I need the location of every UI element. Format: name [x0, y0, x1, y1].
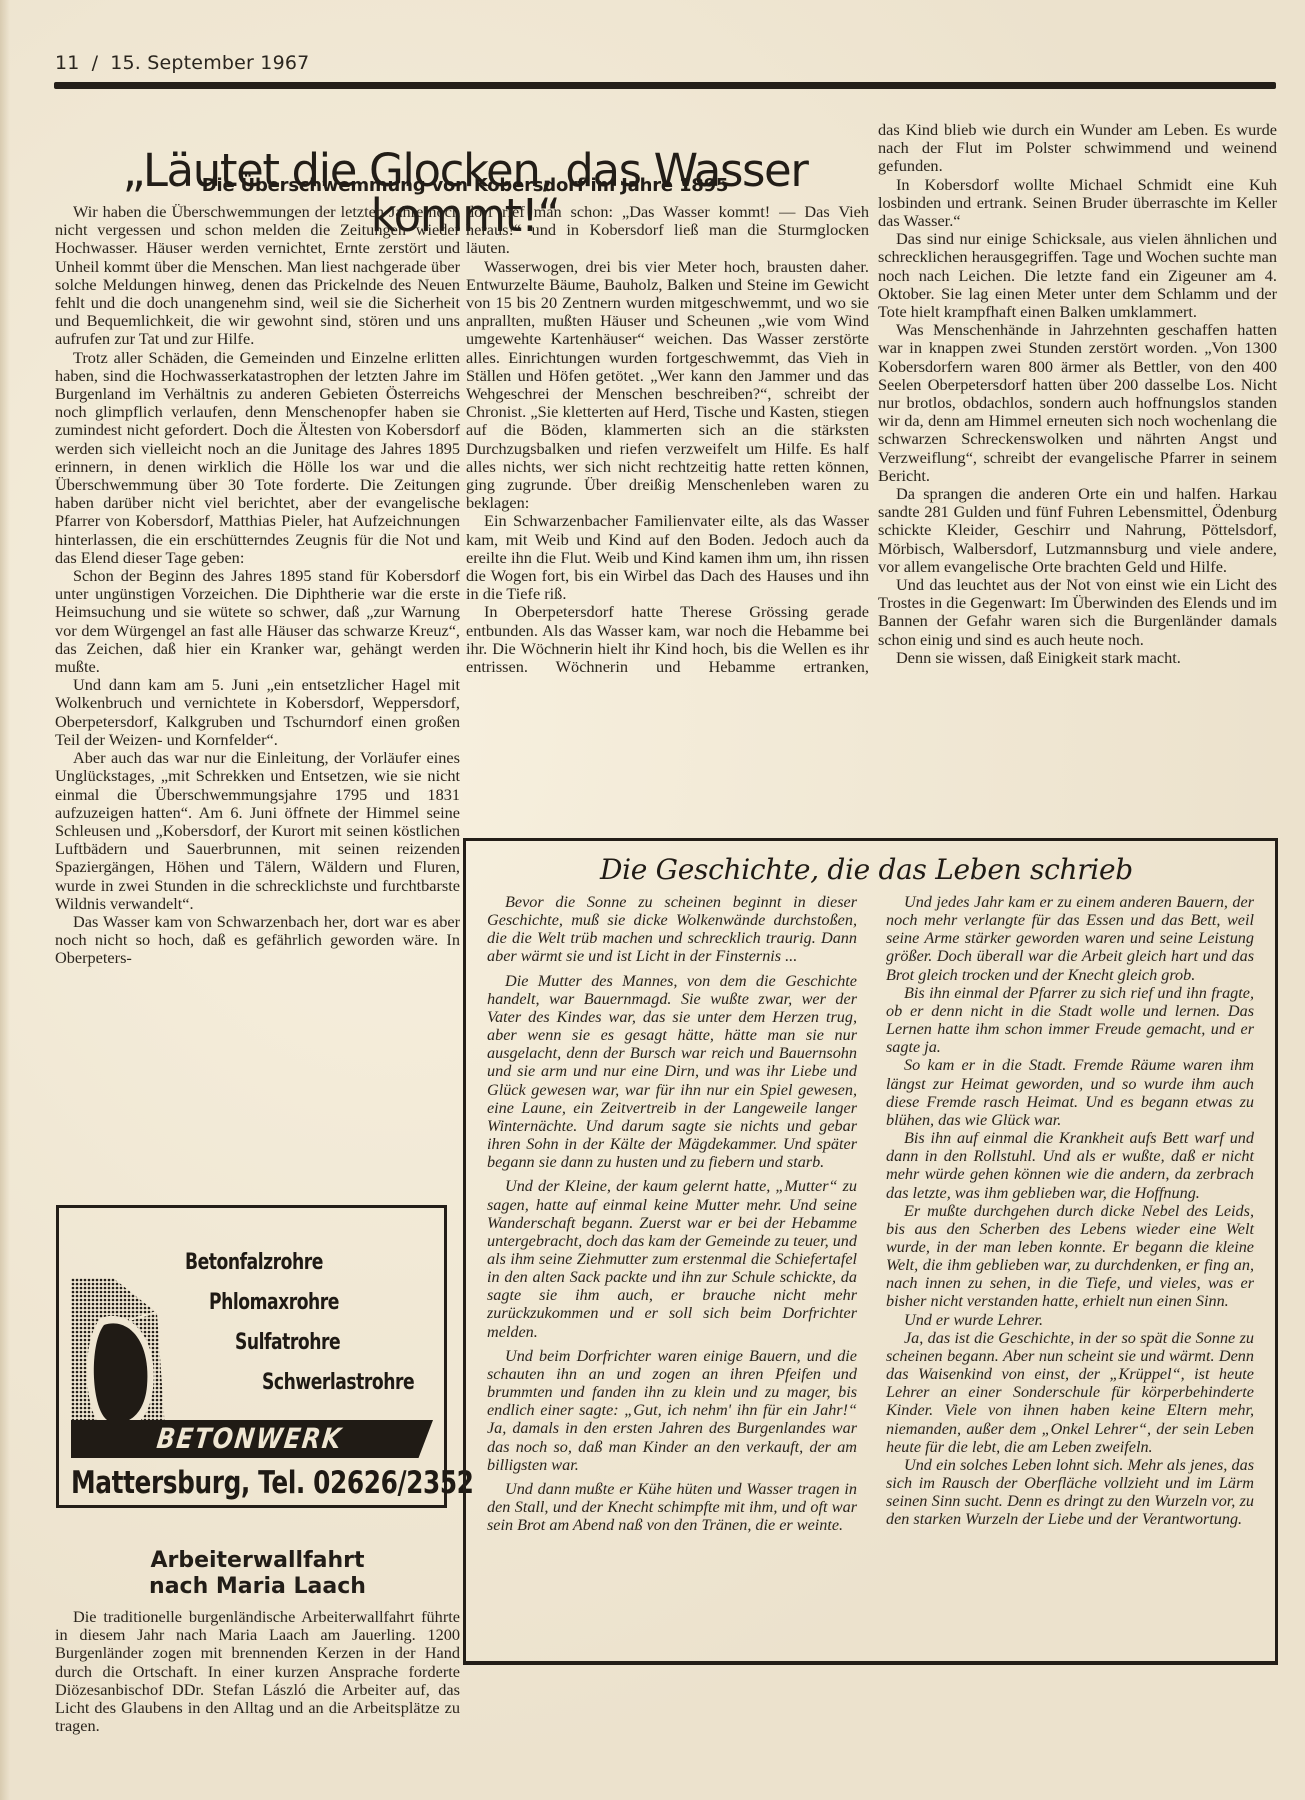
ad-product: Betonfalzrohre — [185, 1250, 323, 1275]
paragraph: Denn sie wissen, daß Einigkeit stark mac… — [878, 649, 1277, 667]
paragraph: Aber auch das war nur die Einleitung, de… — [55, 749, 460, 913]
paragraph: Und er wurde Lehrer. — [886, 1311, 1254, 1329]
paragraph: Und dann mußte er Kühe hüten und Wasser … — [487, 1480, 857, 1534]
paragraph: Die traditionelle burgenländische Arbeit… — [55, 1608, 460, 1735]
paragraph: Wir haben die Überschwemmungen der letzt… — [55, 203, 460, 349]
paragraph: Das Wasser kam von Schwarzenbach her, do… — [55, 913, 460, 968]
header-rule — [54, 82, 1276, 89]
paragraph: Was Menschenhände in Jahrzehnten geschaf… — [878, 321, 1277, 485]
paragraph: dorf rief man schon: „Das Wasser kommt! … — [466, 203, 869, 258]
paragraph: Schon der Beginn des Jahres 1895 stand f… — [55, 567, 460, 676]
ad-contact: Mattersburg, Tel. 02626/2352 — [71, 1465, 474, 1501]
side-article-title: Arbeiterwallfahrt nach Maria Laach — [55, 1548, 460, 1600]
boxed-story-column-1: Bevor die Sonne zu scheinen beginnt in d… — [487, 893, 857, 1534]
paragraph: Die Mutter des Mannes, von dem die Gesch… — [487, 972, 857, 1172]
issue-date: 15. September 1967 — [110, 52, 309, 74]
boxed-story-column-2: Und jedes Jahr kam er zu einem anderen B… — [886, 893, 1254, 1528]
paragraph: Bis ihn einmal der Pfarrer zu sich rief … — [886, 984, 1254, 1057]
advertisement-betonwerk-koch: Betonfalzrohre Phlomaxrohre Sulfatrohre … — [56, 1205, 447, 1508]
ad-product: Phlomaxrohre — [209, 1290, 339, 1315]
ad-product: Schwerlastrohre — [262, 1370, 414, 1395]
paragraph: Bis ihn auf einmal die Krankheit aufs Be… — [886, 1129, 1254, 1202]
paragraph: Da sprangen die anderen Orte ein und hal… — [878, 485, 1277, 576]
paragraph: So kam er in die Stadt. Fremde Räume war… — [886, 1056, 1254, 1129]
paragraph: Und der Kleine, der kaum gelernt hatte, … — [487, 1177, 857, 1340]
page-edge-shadow — [0, 0, 10, 1800]
paragraph: Und jedes Jahr kam er zu einem anderen B… — [886, 893, 1254, 984]
boxed-story-title: Die Geschichte, die das Leben schrieb — [600, 853, 1100, 886]
folio-separator: / — [92, 52, 99, 74]
page-number: 11 — [55, 52, 80, 74]
main-subheadline: Die Überschwemmung von Kobersdorf im Jah… — [55, 175, 875, 196]
paragraph: das Kind blieb wie durch ein Wunder am L… — [878, 121, 1277, 176]
paragraph: Er mußte durchgehen durch dicke Nebel de… — [886, 1202, 1254, 1311]
main-article-column-3: das Kind blieb wie durch ein Wunder am L… — [878, 121, 1277, 667]
side-article-title-line2: nach Maria Laach — [55, 1574, 460, 1600]
paragraph: Trotz aller Schäden, die Gemeinden und E… — [55, 349, 460, 567]
paragraph: Wasserwogen, drei bis vier Meter hoch, b… — [466, 258, 869, 513]
paragraph: In Oberpetersdorf hatte Therese Grössing… — [466, 603, 869, 676]
paragraph: Bevor die Sonne zu scheinen beginnt in d… — [487, 893, 857, 966]
ad-product: Sulfatrohre — [235, 1330, 340, 1355]
paragraph: Ja, das ist die Geschichte, in der so sp… — [886, 1329, 1254, 1456]
side-article-title-line1: Arbeiterwallfahrt — [55, 1548, 460, 1574]
paragraph: In Kobersdorf wollte Michael Schmidt ein… — [878, 176, 1277, 231]
side-article-body: Die traditionelle burgenländische Arbeit… — [55, 1608, 460, 1735]
paragraph: Ein Schwarzenbacher Familienvater eilte,… — [466, 512, 869, 603]
paragraph: Das sind nur einige Schicksale, aus viel… — [878, 230, 1277, 321]
main-article-column-1: Wir haben die Überschwemmungen der letzt… — [55, 203, 460, 968]
paragraph: Und beim Dorfrichter waren einige Bauern… — [487, 1347, 857, 1474]
paragraph: Und dann kam am 5. Juni „ein entsetzlich… — [55, 676, 460, 749]
paragraph: Und ein solches Leben lohnt sich. Mehr a… — [886, 1456, 1254, 1529]
paragraph: Und das leuchtet aus der Not von einst w… — [878, 576, 1277, 649]
page-folio: 11/15. September 1967 — [55, 52, 309, 74]
main-article-column-2: dorf rief man schon: „Das Wasser kommt! … — [466, 203, 869, 676]
